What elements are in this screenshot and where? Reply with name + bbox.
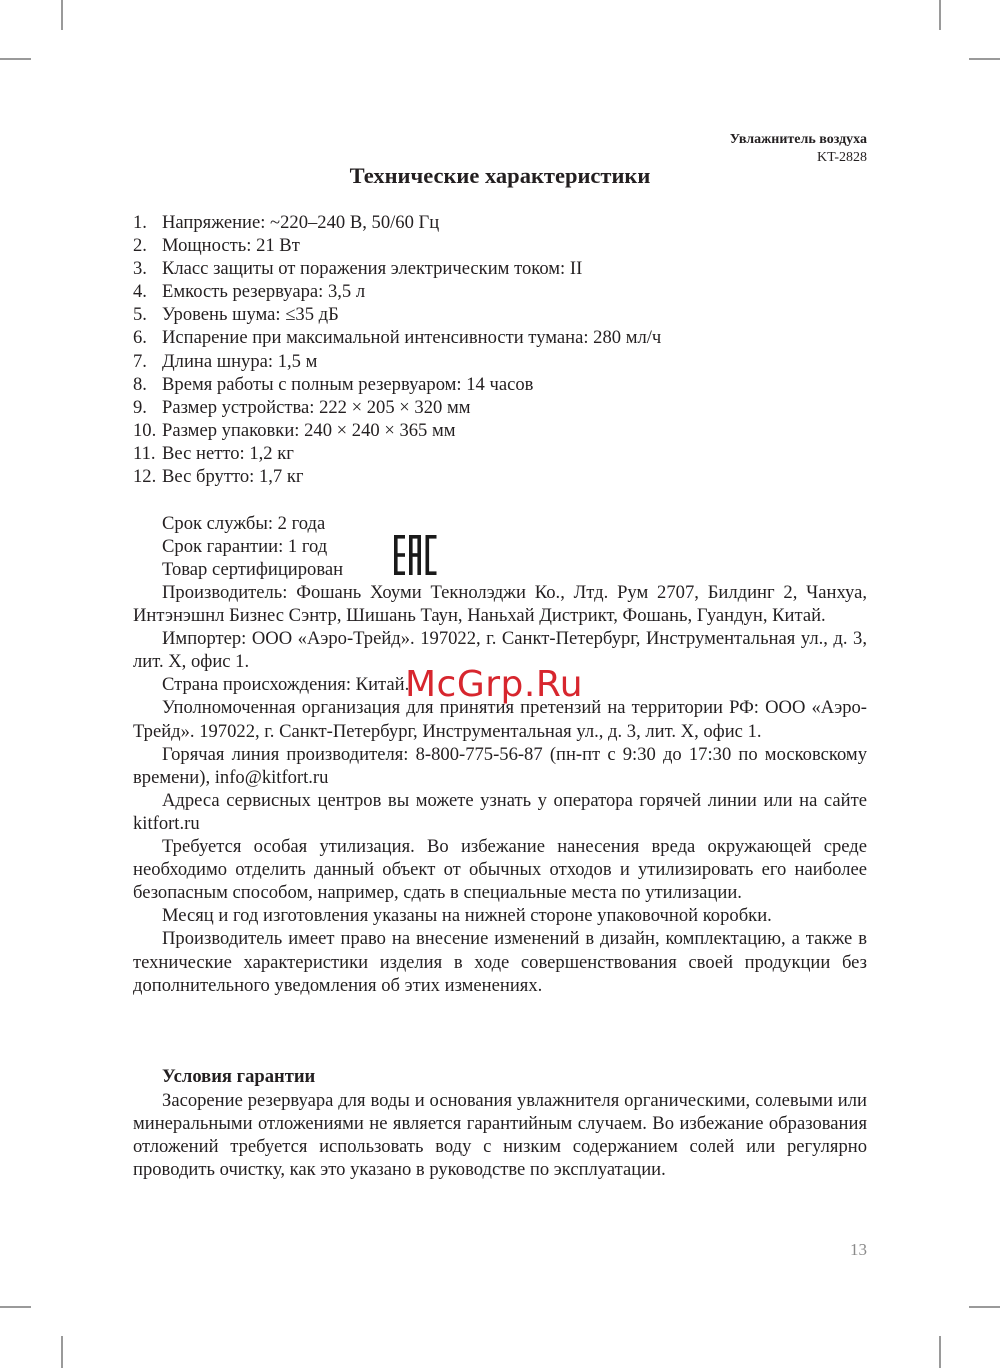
crop-mark [939, 0, 941, 30]
spec-item: 10.Размер упаковки: 240 × 240 × 365 мм [133, 419, 661, 442]
spec-number: 11. [133, 442, 162, 465]
spec-text: Мощность: 21 Вт [162, 234, 300, 257]
crop-mark [939, 1336, 941, 1368]
spec-text: Напряжение: ~220–240 В, 50/60 Гц [162, 211, 439, 234]
changes-notice-paragraph: Производитель имеет право на внесение из… [133, 927, 867, 996]
disposal-paragraph: Требуется особая утилизация. Во избежани… [133, 835, 867, 904]
spec-text: Класс защиты от поражения электрическим … [162, 257, 582, 280]
spec-number: 10. [133, 419, 162, 442]
spec-number: 3. [133, 257, 162, 280]
spec-number: 6. [133, 326, 162, 349]
hotline-paragraph: Горячая линия производителя: 8-800-775-5… [133, 743, 867, 789]
running-header: Увлажнитель воздуха KT-2828 [730, 131, 867, 167]
spec-text: Вес нетто: 1,2 кг [162, 442, 294, 465]
service-life: Срок службы: 2 года [162, 512, 343, 535]
terms-block: Срок службы: 2 года Срок гарантии: 1 год… [162, 512, 343, 581]
crop-mark [969, 58, 1000, 60]
spec-number: 7. [133, 350, 162, 373]
crop-mark [61, 0, 63, 30]
spec-item: 11.Вес нетто: 1,2 кг [133, 442, 661, 465]
spec-item: 2.Мощность: 21 Вт [133, 234, 661, 257]
spec-text: Испарение при максимальной интенсивности… [162, 326, 661, 349]
header-product-name: Увлажнитель воздуха [730, 131, 867, 149]
specs-list: 1.Напряжение: ~220–240 В, 50/60 Гц2.Мощн… [133, 211, 661, 488]
spec-item: 12.Вес брутто: 1,7 кг [133, 465, 661, 488]
watermark: McGrp.Ru [405, 664, 583, 705]
warranty-heading: Условия гарантии [162, 1066, 315, 1088]
spec-item: 6.Испарение при максимальной интенсивнос… [133, 326, 661, 349]
spec-number: 12. [133, 465, 162, 488]
spec-item: 8.Время работы с полным резервуаром: 14 … [133, 373, 661, 396]
page-title: Технические характеристики [0, 163, 1000, 189]
service-centers-paragraph: Адреса сервисных центров вы можете узнат… [133, 789, 867, 835]
spec-text: Емкость резервуара: 3,5 л [162, 280, 365, 303]
spec-number: 5. [133, 303, 162, 326]
manufacture-date-paragraph: Месяц и год изготовления указаны на нижн… [133, 904, 867, 927]
spec-item: 9.Размер устройства: 222 × 205 × 320 мм [133, 396, 661, 419]
crop-mark [61, 1336, 63, 1368]
crop-mark [969, 1306, 1000, 1308]
spec-item: 7.Длина шнура: 1,5 м [133, 350, 661, 373]
warranty-period: Срок гарантии: 1 год [162, 535, 343, 558]
spec-text: Уровень шума: ≤35 дБ [162, 303, 339, 326]
spec-text: Размер устройства: 222 × 205 × 320 мм [162, 396, 471, 419]
spec-text: Длина шнура: 1,5 м [162, 350, 317, 373]
manufacturer-paragraph: Производитель: Фошань Хоуми Текнолэджи К… [133, 581, 867, 627]
eac-mark-icon [393, 534, 438, 576]
certified-note: Товар сертифицирован [162, 558, 343, 581]
spec-item: 4.Емкость резервуара: 3,5 л [133, 280, 661, 303]
crop-mark [0, 58, 31, 60]
info-paragraphs: Производитель: Фошань Хоуми Текнолэджи К… [133, 581, 867, 997]
spec-number: 2. [133, 234, 162, 257]
spec-item: 5.Уровень шума: ≤35 дБ [133, 303, 661, 326]
warranty-paragraph: Засорение резервуара для воды и основани… [133, 1089, 867, 1181]
spec-number: 1. [133, 211, 162, 234]
spec-text: Вес брутто: 1,7 кг [162, 465, 304, 488]
spec-item: 3.Класс защиты от поражения электрически… [133, 257, 661, 280]
crop-mark [0, 1306, 31, 1308]
spec-number: 9. [133, 396, 162, 419]
spec-text: Размер упаковки: 240 × 240 × 365 мм [162, 419, 456, 442]
page-number: 13 [850, 1240, 867, 1260]
spec-item: 1.Напряжение: ~220–240 В, 50/60 Гц [133, 211, 661, 234]
spec-number: 4. [133, 280, 162, 303]
spec-text: Время работы с полным резервуаром: 14 ча… [162, 373, 533, 396]
spec-number: 8. [133, 373, 162, 396]
